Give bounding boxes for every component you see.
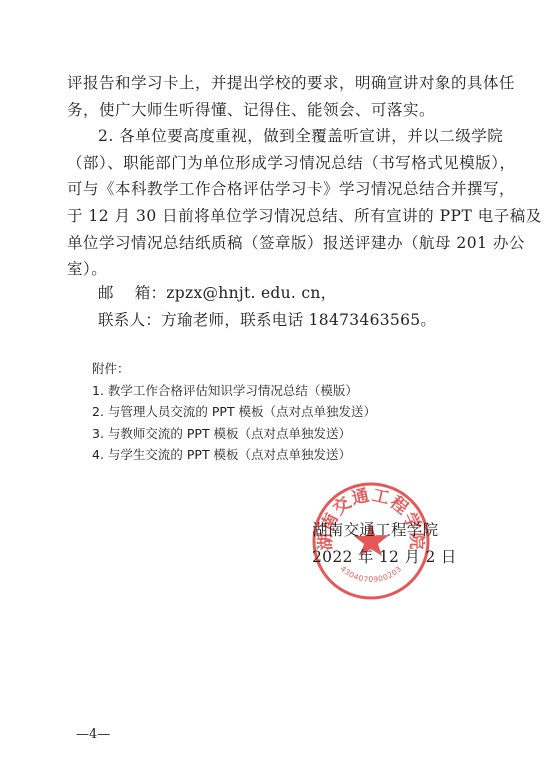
text-line: 2. 各单位要高度重视，做到全覆盖听宣讲，并以二级学院	[67, 123, 487, 150]
attachment-item: 2. 与管理人员交流的 PPT 模板（点对点单独发送）	[92, 401, 376, 423]
attachments-list: 附件： 1. 教学工作合格评估知识学习情况总结（模版） 2. 与管理人员交流的 …	[92, 358, 376, 466]
email-line: 邮 箱：zpzx@hnjt. edu. cn，	[98, 280, 436, 307]
signature-block: 湖南交通工程学院 2022 年 12 月 2 日	[312, 517, 457, 571]
signature-organization: 湖南交通工程学院	[312, 517, 457, 544]
text-line: 室）。	[67, 256, 487, 283]
text-line: 务，使广大师生听得懂、记得住、能领会、可落实。	[67, 97, 487, 124]
page-number: —4—	[76, 727, 110, 742]
text-line: 评报告和学习卡上，并提出学校的要求，明确宣讲对象的具体任	[67, 70, 487, 97]
body-text: 评报告和学习卡上，并提出学校的要求，明确宣讲对象的具体任 务，使广大师生听得懂、…	[67, 70, 487, 283]
attachment-item: 1. 教学工作合格评估知识学习情况总结（模版）	[92, 380, 376, 402]
attachments-title: 附件：	[92, 358, 376, 380]
text-line: 单位学习情况总结纸质稿（签章版）报送评建办（航母 201 办公	[67, 230, 487, 257]
text-line: 于 12 月 30 日前将单位学习情况总结、所有宣讲的 PPT 电子稿及	[67, 203, 487, 230]
contact-info: 邮 箱：zpzx@hnjt. edu. cn， 联系人：方瑜老师，联系电话 18…	[98, 280, 436, 333]
document-page: 评报告和学习卡上，并提出学校的要求，明确宣讲对象的具体任 务，使广大师生听得懂、…	[0, 0, 552, 783]
text-line: 可与《本科教学工作合格评估学习卡》学习情况总结合并撰写，	[67, 176, 487, 203]
contact-person-line: 联系人：方瑜老师，联系电话 18473463565。	[98, 307, 436, 334]
attachment-item: 3. 与教师交流的 PPT 模板（点对点单独发送）	[92, 423, 376, 445]
text-line: （部）、职能部门为单位形成学习情况总结（书写格式见模版），	[67, 150, 487, 177]
attachment-item: 4. 与学生交流的 PPT 模板（点对点单独发送）	[92, 444, 376, 466]
signature-date: 2022 年 12 月 2 日	[312, 544, 457, 571]
